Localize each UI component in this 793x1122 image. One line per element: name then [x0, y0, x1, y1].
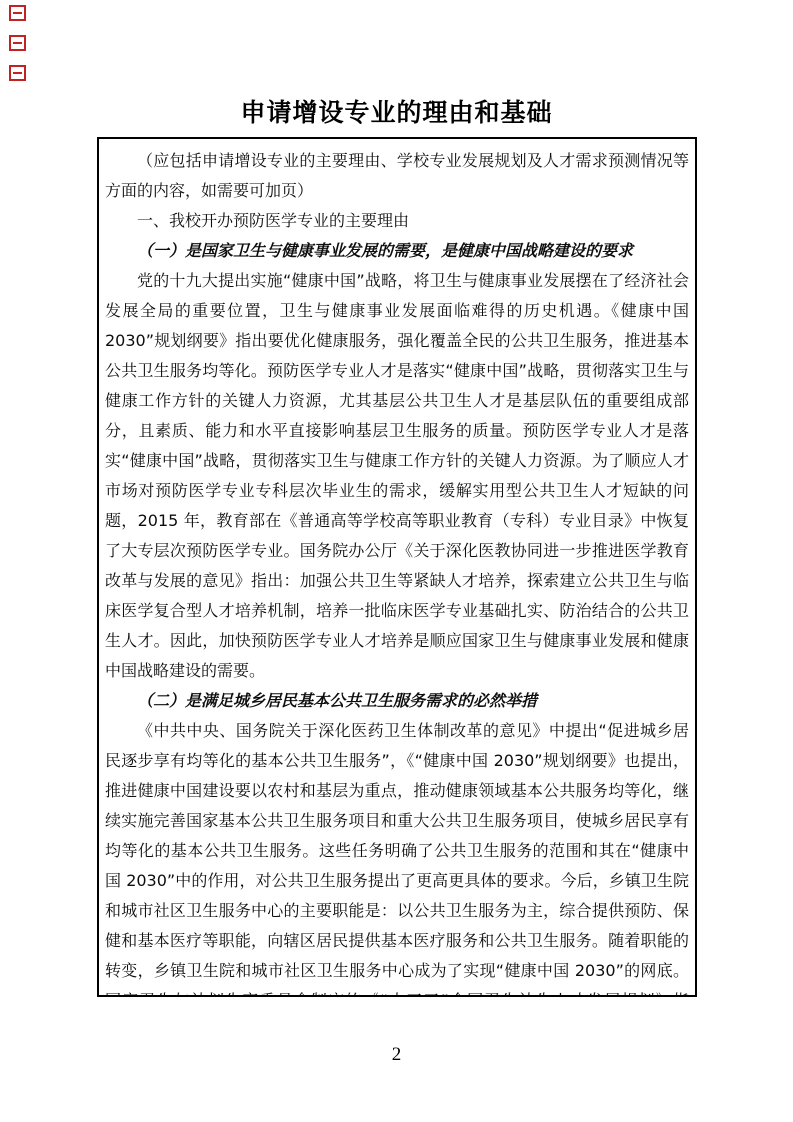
red-stamp-mark-icon [9, 5, 26, 21]
section-heading-one: 一、我校开办预防医学专业的主要理由 [105, 206, 689, 236]
document-page: 申请增设专业的理由和基础 （应包括申请增设专业的主要理由、学校专业发展规划及人才… [0, 0, 793, 1122]
red-stamp-mark-icon [9, 35, 26, 51]
red-stamp-mark-icon [9, 65, 26, 81]
body-paragraph-1: 党的十九大提出实施“健康中国”战略，将卫生与健康事业发展摆在了经济社会发展全局的… [105, 266, 689, 686]
content-box: （应包括申请增设专业的主要理由、学校专业发展规划及人才需求预测情况等方面的内容，… [97, 137, 697, 997]
subsection-heading-1: （一）是国家卫生与健康事业发展的需要，是健康中国战略建设的要求 [105, 236, 689, 266]
instruction-note-paragraph: （应包括申请增设专业的主要理由、学校专业发展规划及人才需求预测情况等方面的内容，… [105, 146, 689, 206]
page-number: 2 [0, 1044, 793, 1066]
body-paragraph-2: 《中共中央、国务院关于深化医药卫生体制改革的意见》中提出“促进城乡居民逐步享有均… [105, 716, 689, 997]
red-stamp-marks [9, 5, 31, 81]
page-title: 申请增设专业的理由和基础 [0, 93, 793, 129]
subsection-heading-2: （二）是满足城乡居民基本公共卫生服务需求的必然举措 [105, 686, 689, 716]
